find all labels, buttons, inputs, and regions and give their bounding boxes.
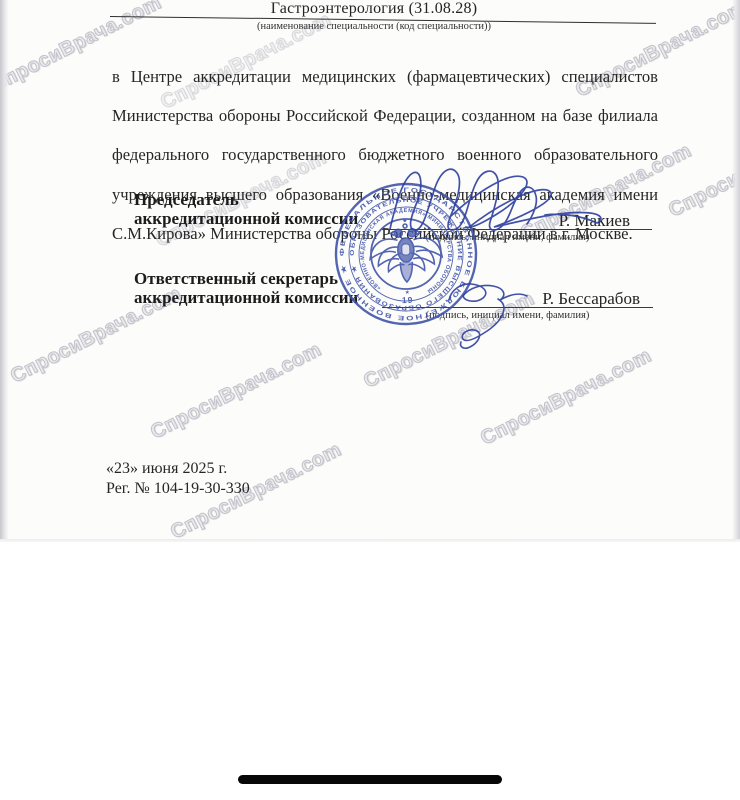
secretary-name: Р. Бессарабов — [500, 289, 640, 309]
registration-number: Рег. № 104-19-30-330 — [106, 480, 250, 498]
screen: СпросиВрача.com СпросиВрача.com СпросиВр… — [0, 0, 740, 800]
body-line: Министерства обороны Российской Федераци… — [112, 106, 658, 145]
home-indicator[interactable] — [238, 775, 502, 784]
photo-bottom-edge — [0, 539, 740, 542]
document-content: Гастроэнтерология (31.08.28) (наименован… — [0, 0, 740, 542]
specialty-caption: (наименование специальности (код специал… — [93, 21, 655, 32]
signature-caption: (подпись, инициал имени, фамилия) — [395, 232, 620, 243]
photo-left-edge — [0, 0, 9, 542]
body-line: в Центре аккредитации медицинских (фарма… — [112, 67, 658, 106]
body-line: федерального государственного бюджетного… — [112, 145, 658, 184]
specialty-title: Гастроэнтерология (31.08.28) — [93, 0, 655, 18]
chairman-name: Р. Макиев — [490, 211, 630, 231]
document-photo: СпросиВрача.com СпросиВрача.com СпросиВр… — [0, 0, 740, 542]
secretary-role-label: Ответственный секретарь аккредитационной… — [134, 270, 394, 307]
date-line: «23» июня 2025 г. — [106, 460, 227, 478]
photo-right-edge — [732, 0, 740, 542]
chairman-role-label: Председатель аккредитационной комиссии — [134, 191, 394, 228]
signature-caption: (подпись, инициал имени, фамилия) — [395, 310, 620, 321]
